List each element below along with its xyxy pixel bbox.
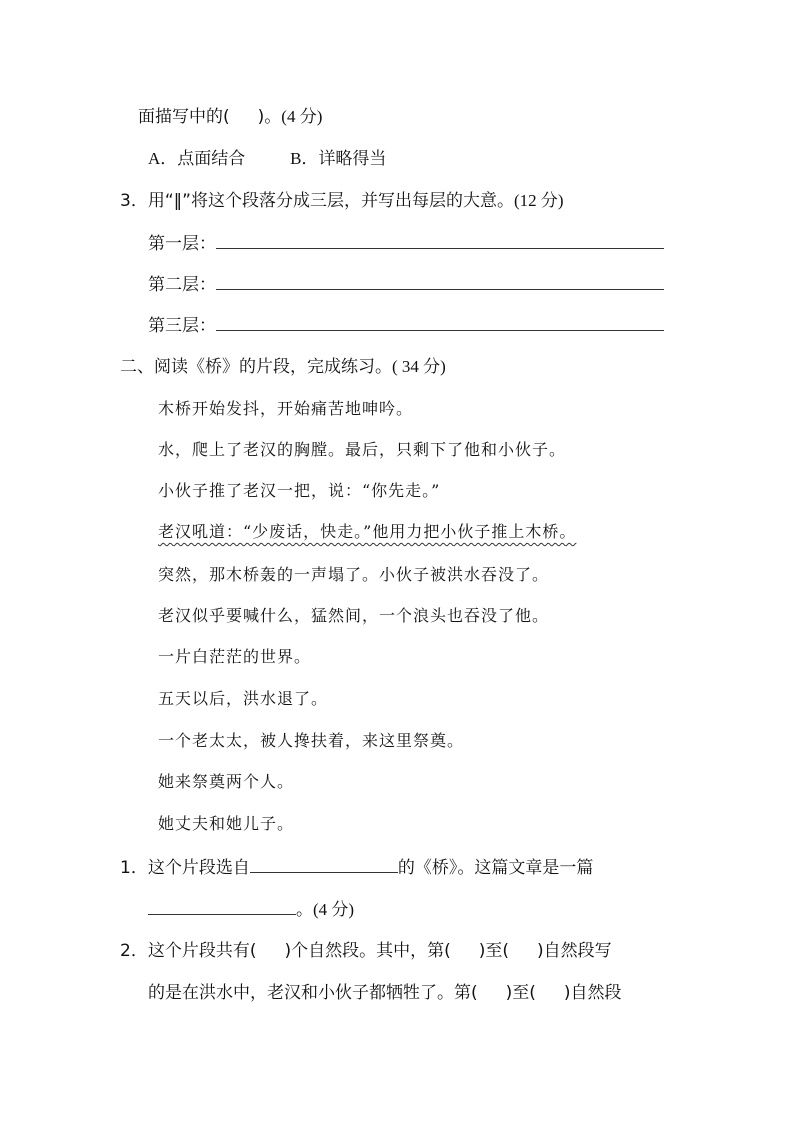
passage-paragraph: 五天以后，洪水退了。 xyxy=(158,688,328,710)
question-number: 2． xyxy=(120,941,148,961)
question-text: )自然段写 xyxy=(537,941,612,961)
question-number: 1． xyxy=(120,858,148,878)
question-text: 面描写中的( xyxy=(138,107,230,127)
question-text: 的《桥》。这篇文章是一篇 xyxy=(398,858,594,878)
question-number: 3． xyxy=(120,191,148,211)
question-text: )至( xyxy=(479,941,509,961)
option-text: 详略得当 xyxy=(318,149,386,169)
passage-paragraph: 她来祭奠两个人。 xyxy=(158,771,294,793)
option-text: 点面结合 xyxy=(177,149,245,169)
section-2-question-2: 2．这个片段共有()个自然段。其中，第()至()自然段写 xyxy=(120,940,612,962)
passage-paragraph: 一片白茫茫的世界。 xyxy=(158,646,311,668)
passage-paragraph-wavy-underlined: 老汉吼道：“少废话，快走。”他用力把小伙子推上木桥。 xyxy=(158,521,576,543)
question-text: )自然段 xyxy=(564,983,622,1003)
passage-paragraph: 水，爬上了老汉的胸膛。最后，只剩下了他和小伙子。 xyxy=(158,439,566,461)
option-key: A． xyxy=(148,149,177,168)
layer-label: 第二层： xyxy=(148,275,216,295)
question-text-end: )。 xyxy=(258,107,282,127)
passage-paragraph: 一个老太太，被人搀扶着，来这里祭奠。 xyxy=(158,730,464,752)
question-2-continuation: 面描写中的()。(4 分) xyxy=(138,106,322,128)
passage-paragraph: 老汉似乎要喊什么，猛然间，一个浪头也吞没了他。 xyxy=(158,605,549,627)
layer-2-row: 第二层： xyxy=(148,273,664,296)
passage-paragraph: 小伙子推了老汉一把，说：“你先走。” xyxy=(158,480,440,502)
genre-answer-line[interactable] xyxy=(148,898,296,915)
points-label: (4 分) xyxy=(313,900,354,919)
layer-2-answer-line[interactable] xyxy=(216,273,664,290)
points-label: (12 分) xyxy=(514,191,564,210)
wavy-underlined-sentence: 老汉吼道：“少废话，快走。”他用力把小伙子推上木桥。 xyxy=(158,522,576,541)
layer-1-row: 第一层： xyxy=(148,232,664,255)
question-3: 3．用“‖”将这个段落分成三层，并写出每层的大意。(12 分) xyxy=(120,190,564,212)
question-text: 。 xyxy=(296,900,313,920)
question-text: 用“‖”将这个段落分成三层，并写出每层的大意。 xyxy=(148,191,514,211)
option-b[interactable]: B．详略得当 xyxy=(290,149,386,169)
layer-1-answer-line[interactable] xyxy=(216,232,664,249)
section-title: 二、阅读《桥》的片段，完成练习。 xyxy=(120,357,392,377)
question-text: )至( xyxy=(506,983,536,1003)
options-row: A．点面结合 B．详略得当 xyxy=(148,148,386,170)
layer-3-row: 第三层： xyxy=(148,314,664,337)
layer-label: 第三层： xyxy=(148,316,216,336)
section-2-question-1: 1．这个片段选自的《桥》。这篇文章是一篇 xyxy=(120,856,593,879)
points-label: (4 分) xyxy=(281,107,322,126)
layer-3-answer-line[interactable] xyxy=(216,314,664,331)
option-key: B． xyxy=(290,149,318,168)
points-label: ( 34 分) xyxy=(392,357,446,376)
passage-paragraph: 木桥开始发抖，开始痛苦地呻吟。 xyxy=(158,398,413,420)
question-text: )个自然段。其中，第( xyxy=(284,941,450,961)
option-a[interactable]: A．点面结合 xyxy=(148,149,245,169)
layer-label: 第一层： xyxy=(148,234,216,254)
passage-paragraph: 她丈夫和她儿子。 xyxy=(158,813,294,835)
section-2-question-1-continuation: 。(4 分) xyxy=(148,898,354,921)
question-text: 这个片段选自 xyxy=(148,858,250,878)
source-answer-line[interactable] xyxy=(250,856,398,873)
passage-paragraph: 突然，那木桥轰的一声塌了。小伙子被洪水吞没了。 xyxy=(158,564,549,586)
question-text: 的是在洪水中，老汉和小伙子都牺牲了。第( xyxy=(148,983,478,1003)
section-2-question-2-continuation: 的是在洪水中，老汉和小伙子都牺牲了。第()至()自然段 xyxy=(148,982,622,1004)
question-text: 这个片段共有( xyxy=(148,941,257,961)
section-2-heading: 二、阅读《桥》的片段，完成练习。( 34 分) xyxy=(120,356,446,378)
